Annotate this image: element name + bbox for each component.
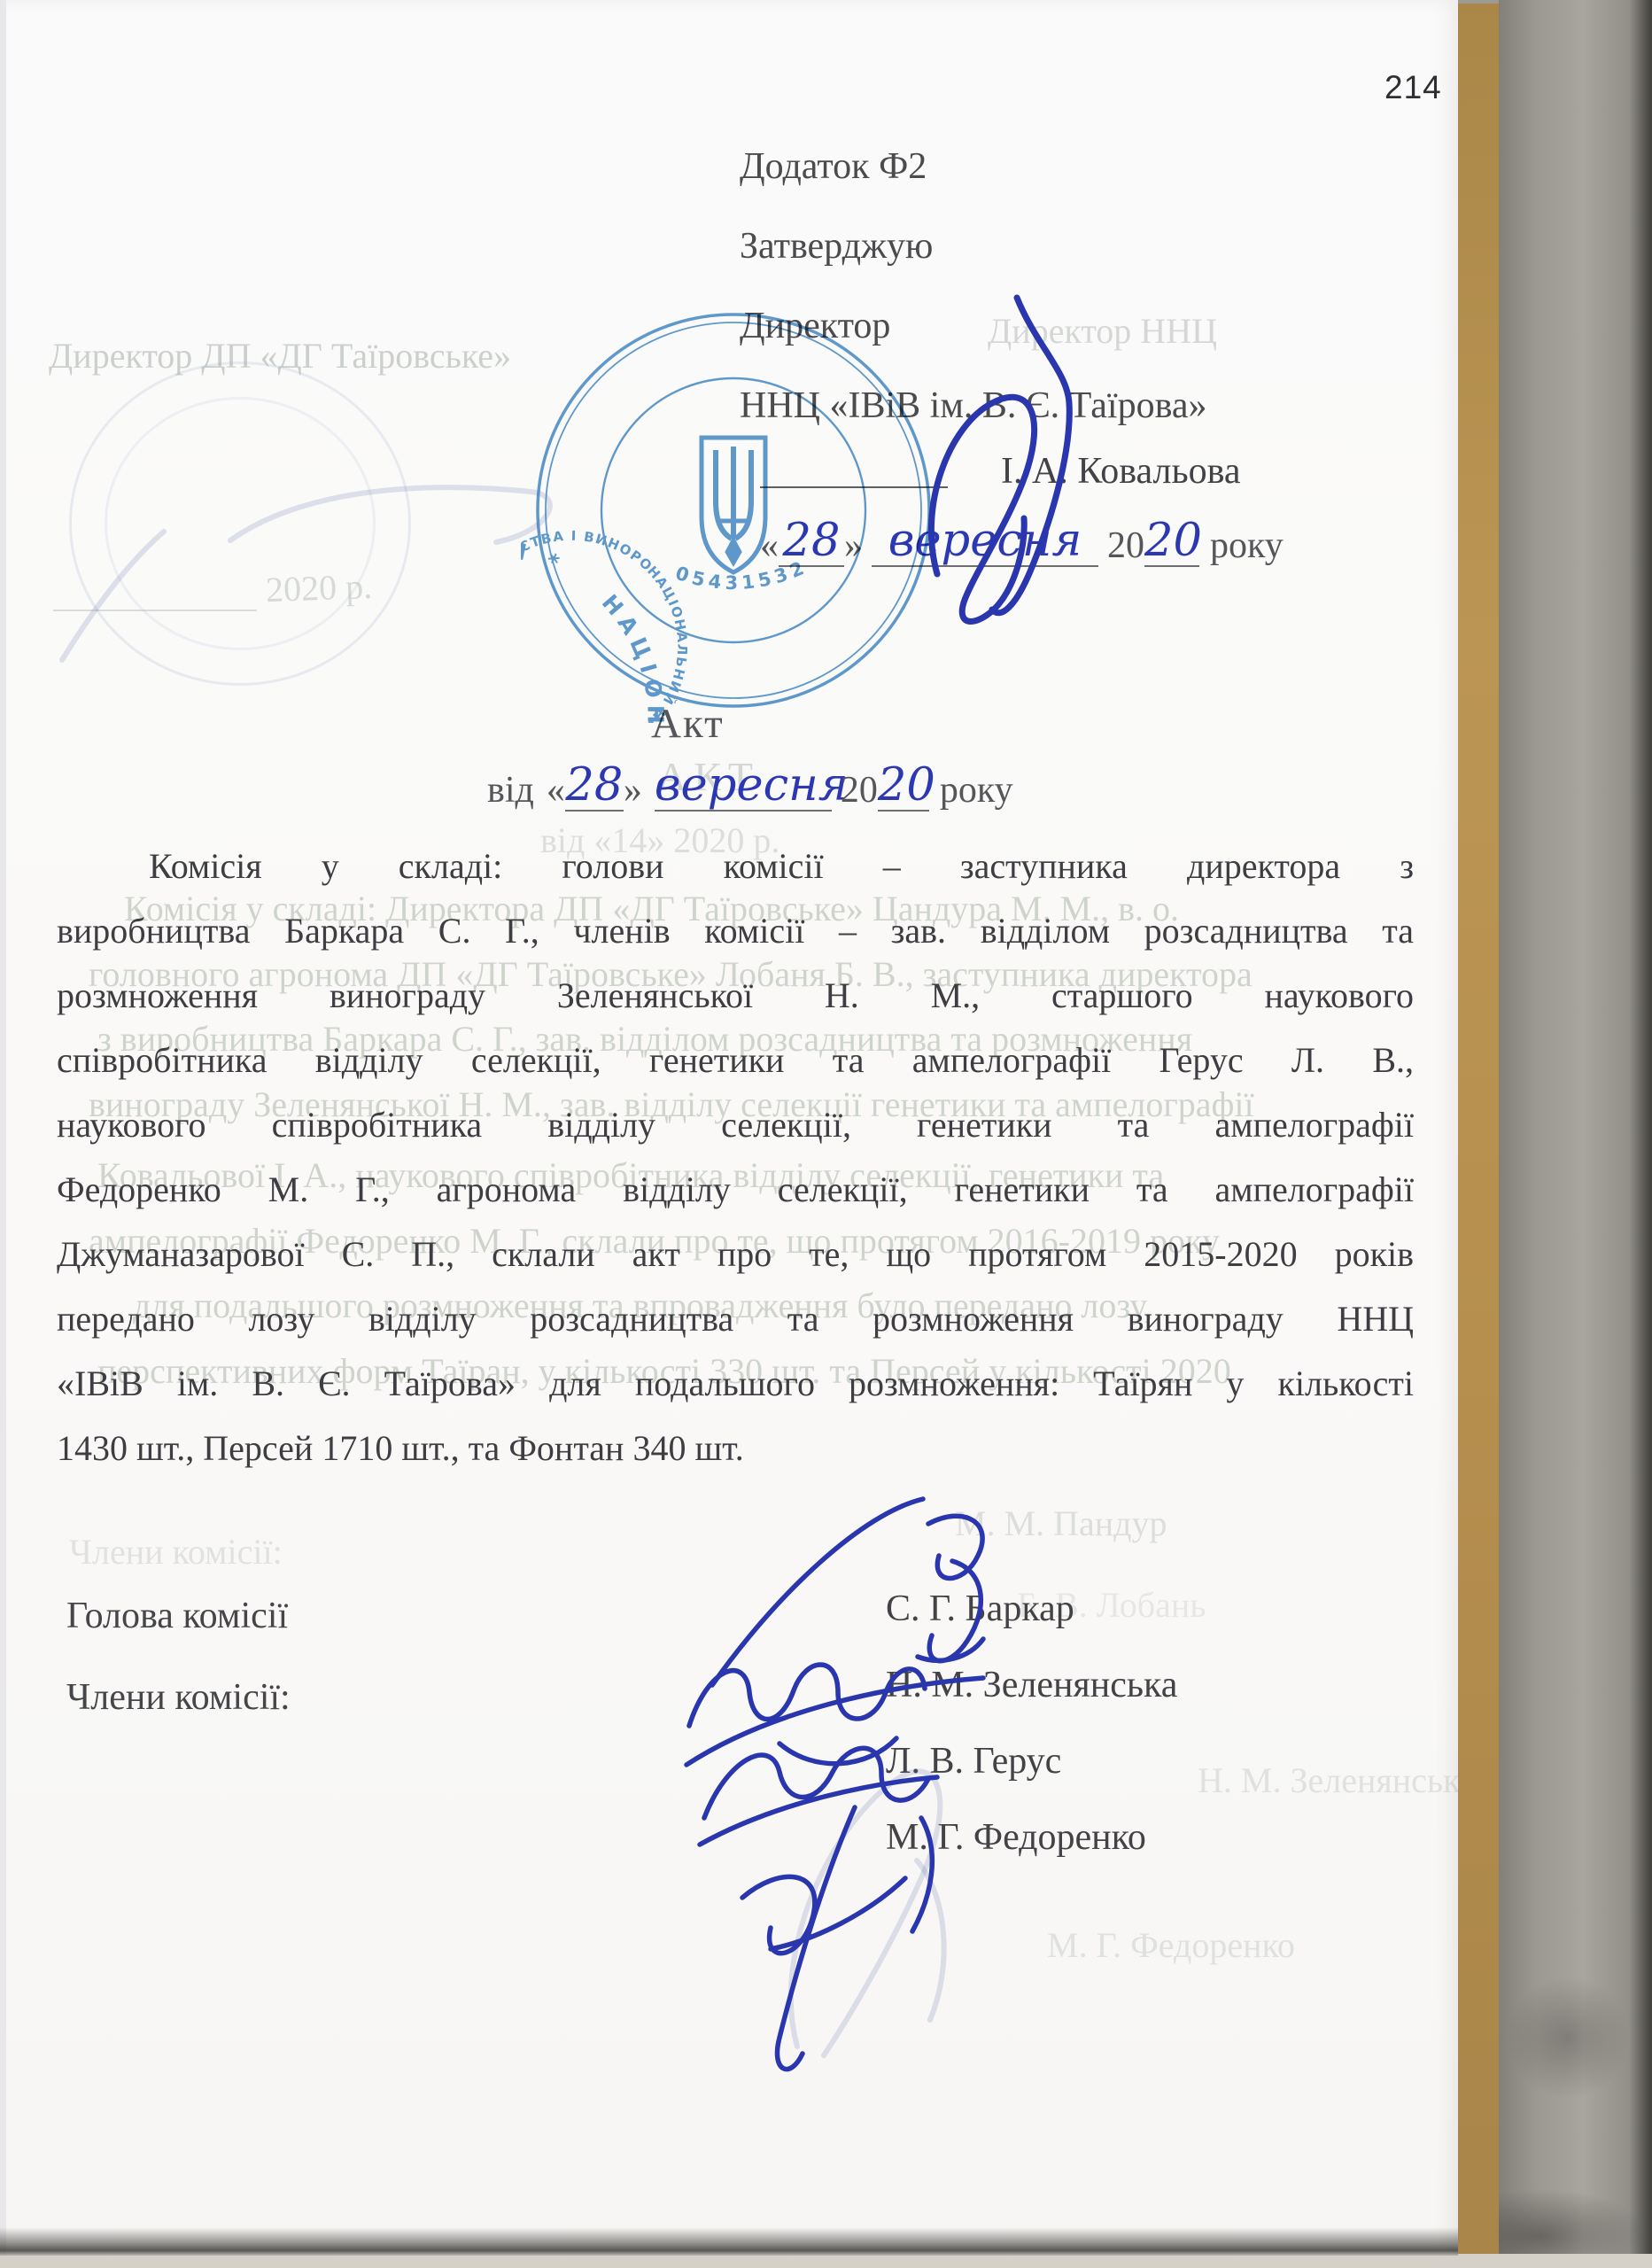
body-line: співробітника відділу селекції, генетики… — [57, 1034, 1414, 1089]
month-handwritten: вересня — [655, 765, 832, 812]
scanner-background — [1499, 0, 1652, 2268]
body-line: Джуманазарової С. П., склали акт про те,… — [57, 1228, 1414, 1283]
page-bottom-shadow — [0, 2227, 1458, 2256]
approve-label: Затверджую — [740, 225, 933, 268]
year-printed: 20 — [841, 769, 878, 812]
ghost-stamp-ring — [105, 397, 376, 650]
body-line: розмноження винограду Зеленянської Н. М.… — [57, 969, 1414, 1024]
book-cover-edge — [1457, 4, 1499, 2264]
body-line: виробництва Баркара С. Г., членів комісі… — [57, 905, 1414, 959]
ghost-text: Члени комісії: — [69, 1531, 283, 1573]
quote-open: « — [547, 769, 565, 812]
quote-close: » — [624, 769, 642, 812]
act-date: від « 28 » вересня 20 20 року — [487, 765, 1013, 812]
date-prefix: від — [487, 769, 534, 812]
ghost-text: Н. М. Зеленянська — [1198, 1759, 1458, 1801]
ghost-text: М. Г. Федоренко — [1047, 1924, 1295, 1966]
year-printed: 20 — [1107, 524, 1144, 567]
ghost-text: Директор ННЦ — [988, 310, 1217, 352]
director-name: І. А. Ковальова — [1001, 450, 1241, 493]
page-number: 214 — [1384, 69, 1442, 106]
signer-name: М. Г. Федоренко — [886, 1816, 1146, 1859]
body-line: Комісія у складі: голови комісії – засту… — [57, 840, 1414, 895]
scanner-smudge — [1506, 1976, 1630, 2100]
year-suffix: року — [940, 769, 1013, 812]
year-handwritten: 20 — [878, 765, 929, 812]
body-line: 1430 шт., Персей 1710 шт., та Фонтан 340… — [57, 1422, 1414, 1477]
day-handwritten: 28 — [565, 765, 624, 812]
signer-name: Н. М. Зеленянська — [886, 1664, 1177, 1706]
appendix-label: Додаток Ф2 — [740, 145, 927, 188]
trident-emblem — [702, 438, 765, 572]
members-label: Члени комісії: — [66, 1676, 291, 1719]
body-line: наукового співробітника відділу селекції… — [57, 1099, 1414, 1153]
ghost-line — [53, 610, 257, 611]
page-left-edge — [0, 0, 6, 2256]
body-line: «ІВіВ ім. В. Є. Таїрова» для подальшого … — [57, 1357, 1414, 1412]
stamp-code: 05431532 — [673, 555, 811, 594]
ghost-text: М. М. Пандур — [955, 1503, 1167, 1544]
document-page: Директор ДП «ДГ Таїровське» Директор ННЦ… — [0, 0, 1458, 2256]
year-suffix: року — [1210, 524, 1284, 567]
scanned-document: Директор ДП «ДГ Таїровське» Директор ННЦ… — [0, 0, 1652, 2268]
body-line: Федоренко М. Г., агронома відділу селекц… — [57, 1163, 1414, 1218]
ghost-text: 2020 р. — [265, 565, 373, 610]
body-line: передано лозу відділу розсадництва та ро… — [57, 1293, 1414, 1348]
signer-name: С. Г. Баркар — [886, 1588, 1074, 1630]
chair-label: Голова комісії — [66, 1595, 288, 1637]
official-stamp: НАЦІОНАЛЬНА АКАДЕМІЯ АГРАРНИХ НАУК УКРАЇ… — [521, 307, 946, 723]
signer-name: Л. В. Герус — [886, 1740, 1061, 1783]
scanner-bed-strip — [0, 2254, 1652, 2268]
year-handwritten: 20 — [1144, 521, 1199, 567]
